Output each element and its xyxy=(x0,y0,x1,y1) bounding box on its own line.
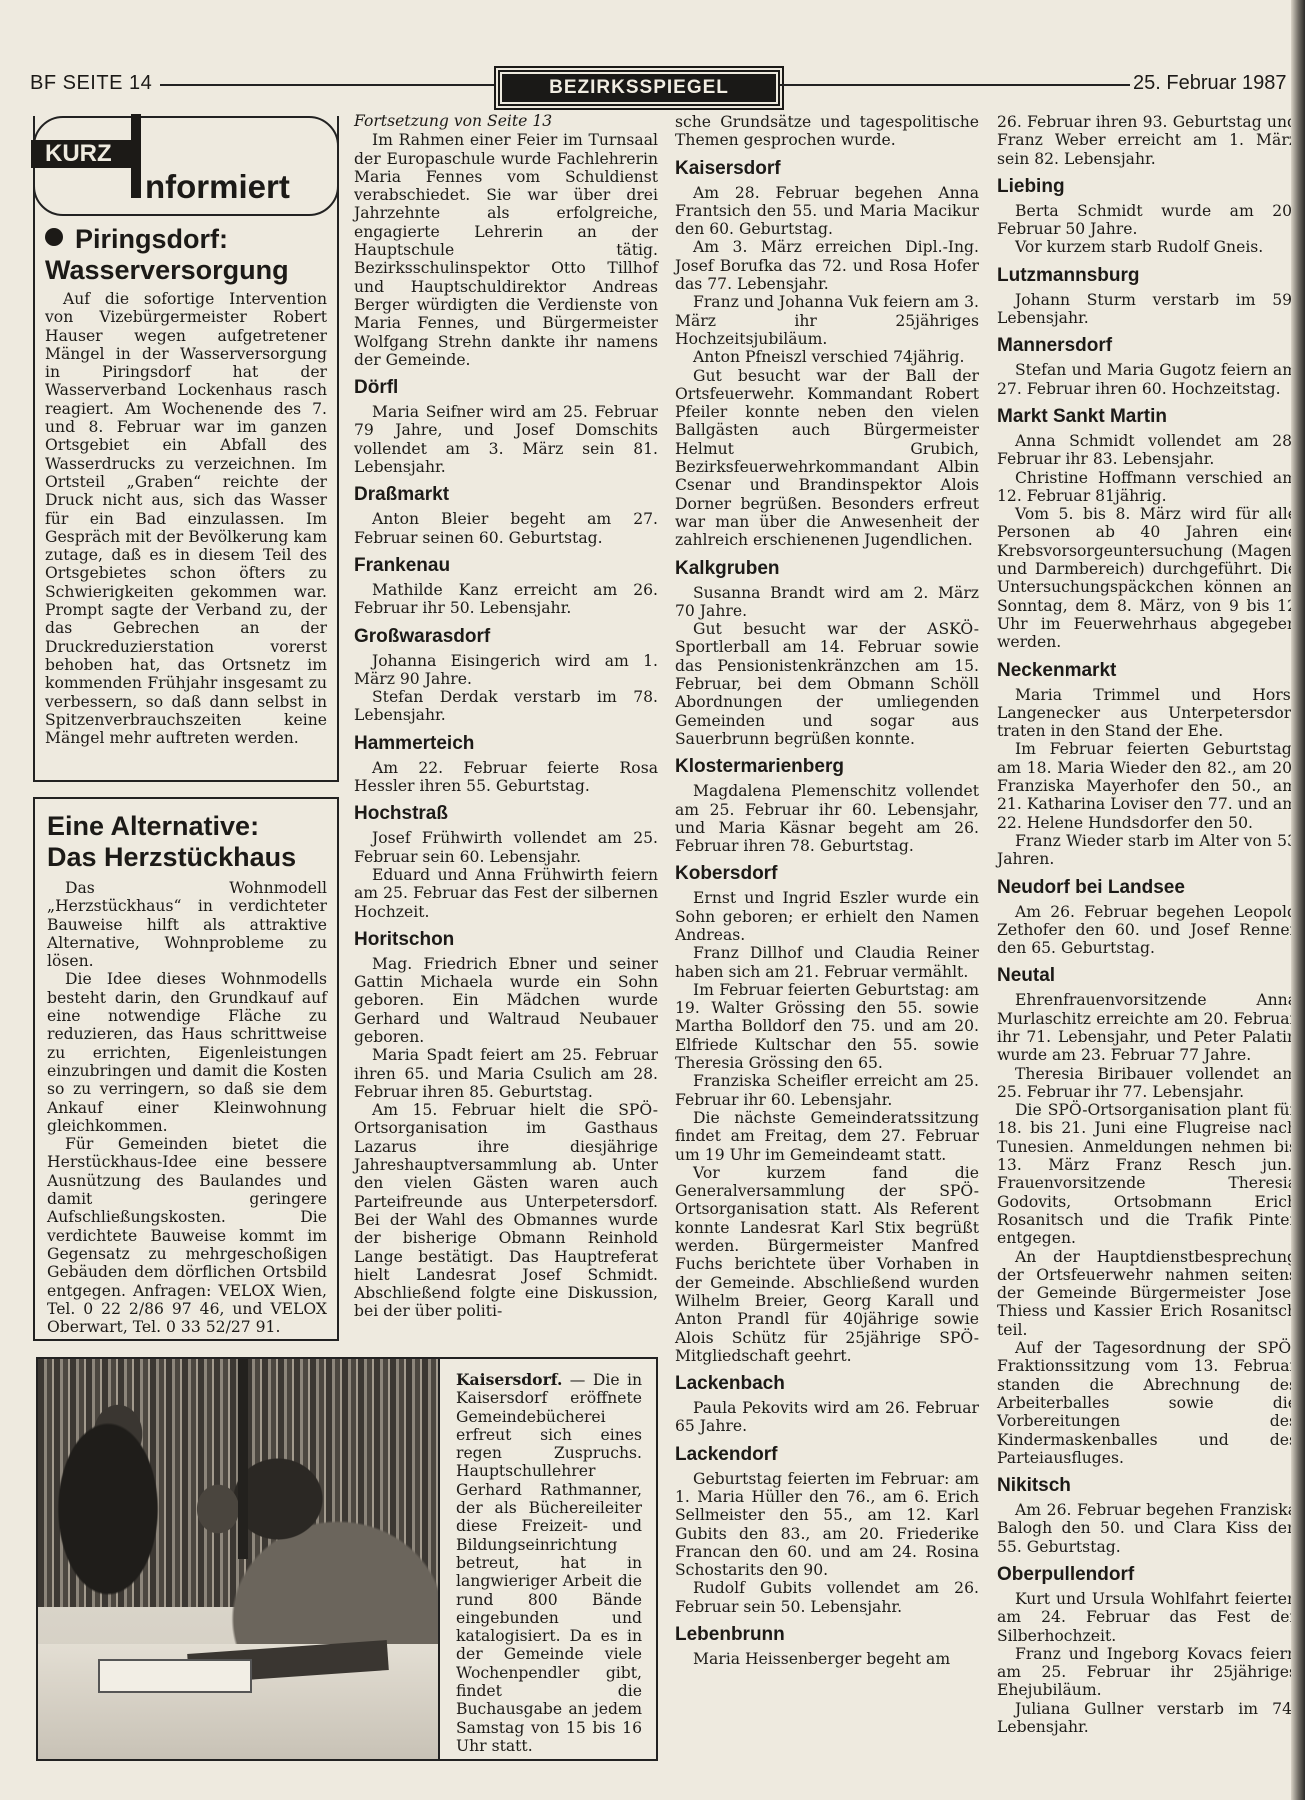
news-item: Maria Seifner wird am 25. Februar 79 Jah… xyxy=(354,403,658,476)
news-item: Rudolf Gubits vollendet am 26. Februar s… xyxy=(675,1579,979,1616)
herzstueckhaus-article: Eine Alternative: Das Herzstückhaus Das … xyxy=(47,811,327,1336)
news-item: Franz Wieder starb im Alter von 53 Jahre… xyxy=(997,832,1297,869)
article-headline: Piringsdorf: Wasserversorgung xyxy=(45,224,327,286)
header-rule-right xyxy=(780,84,1130,86)
continuation-note: Fortsetzung von Seite 13 xyxy=(354,112,658,130)
news-item: Am 15. Februar hielt die SPÖ-Ortsorganis… xyxy=(354,1101,658,1321)
column-3-sections: KaisersdorfAm 28. Februar begehen Anna F… xyxy=(675,158,979,1669)
column-2: Fortsetzung von Seite 13 Im Rahmen einer… xyxy=(354,112,658,1321)
locality-heading: Lebenbrunn xyxy=(675,1624,979,1646)
news-item: Franz und Johanna Vuk feiern am 3. März … xyxy=(675,293,979,348)
news-item: Vor kurzem fand die Generalversammlung d… xyxy=(675,1164,979,1365)
page-label: BF SEITE 14 xyxy=(30,72,152,95)
lead-paragraph: sche Grundsätze und tagespolitische Them… xyxy=(675,113,979,150)
news-item: Josef Frühwirth vollendet am 25. Februar… xyxy=(354,829,658,866)
column-3: sche Grundsätze und tagespolitische Them… xyxy=(675,113,979,1668)
news-item: Vom 5. bis 8. März wird für alle Persone… xyxy=(997,505,1297,651)
page-gutter-shadow xyxy=(1291,0,1305,1800)
news-item: Maria Trimmel und Horst Langenecker aus … xyxy=(997,686,1297,741)
news-item: Geburtstag feierten im Februar: am 1. Ma… xyxy=(675,1470,979,1580)
news-item: Die SPÖ-Ortsorganisation plant für 18. b… xyxy=(997,1101,1297,1247)
news-item: Mathilde Kanz erreicht am 26. Februar ih… xyxy=(354,581,658,618)
news-item: An der Hauptdienstbesprechung der Ortsfe… xyxy=(997,1248,1297,1339)
paragraph: Die Idee dieses Wohnmodells besteht dari… xyxy=(47,970,327,1135)
paragraph: Für Gemeinden bietet die Herstückhaus-Id… xyxy=(47,1135,327,1336)
locality-heading: Dörfl xyxy=(354,377,658,399)
locality-heading: Neudorf bei Landsee xyxy=(997,877,1297,899)
news-item: Maria Heissenberger begeht am xyxy=(675,1650,979,1668)
news-item: Eduard und Anna Frühwirth feiern am 25. … xyxy=(354,866,658,921)
locality-heading: Neckenmarkt xyxy=(997,660,1297,682)
locality-heading: Hammerteich xyxy=(354,733,658,755)
headline-line2: Wasserversorgung xyxy=(45,255,289,285)
locality-heading: Großwarasdorf xyxy=(354,626,658,648)
news-item: Die nächste Gemeinderatssitzung findet a… xyxy=(675,1109,979,1164)
news-item: Franz Dillhof und Claudia Reiner haben s… xyxy=(675,944,979,981)
column-4: 26. Februar ihren 93. Geburtstag und Fra… xyxy=(997,113,1297,1736)
locality-heading: Frankenau xyxy=(354,555,658,577)
article-headline: Eine Alternative: Das Herzstückhaus xyxy=(47,811,327,873)
news-item: Anton Pfneiszl verschied 74jährig. xyxy=(675,348,979,366)
section-masthead: BEZIRKSSPIEGEL xyxy=(498,70,780,106)
caption-lead: Kaisersdorf. xyxy=(456,1370,562,1389)
headline-line2: Das Herzstückhaus xyxy=(47,842,296,872)
locality-heading: Kalkgruben xyxy=(675,558,979,580)
news-item: Berta Schmidt wurde am 20. Februar 50 Ja… xyxy=(997,202,1297,239)
informiert-text: nformiert xyxy=(145,168,290,205)
news-item: Am 26. Februar begehen Franziska Balogh … xyxy=(997,1501,1297,1556)
column-4-sections: LiebingBerta Schmidt wurde am 20. Februa… xyxy=(997,176,1297,1736)
news-item: Franz und Ingeborg Kovacs feiern am 25. … xyxy=(997,1645,1297,1700)
intro-paragraph: Im Rahmen einer Feier im Turnsaal der Eu… xyxy=(354,131,658,369)
news-item: Magdalena Plemenschitz vollendet am 25. … xyxy=(675,782,979,855)
locality-heading: Nikitsch xyxy=(997,1475,1297,1497)
news-item: Christine Hoffmann verschied am 12. Febr… xyxy=(997,469,1297,506)
locality-heading: Markt Sankt Martin xyxy=(997,406,1297,428)
kurz-tab-label: KURZ xyxy=(45,140,112,168)
news-item: Im Februar feierten Geburtstag: am 18. M… xyxy=(997,740,1297,831)
kurz-informiert-logo: KURZ Informiert xyxy=(33,116,339,216)
informiert-label: Informiert xyxy=(145,162,290,205)
news-item: Anton Bleier begeht am 27. Februar seine… xyxy=(354,510,658,547)
news-item: Im Februar feierten Geburtstag: am 19. W… xyxy=(675,981,979,1072)
locality-heading: Lutzmannsburg xyxy=(997,265,1297,287)
kurz-informiert-box: KURZ Informiert Piringsdorf: Wasserverso… xyxy=(33,116,339,782)
locality-heading: Horitschon xyxy=(354,929,658,951)
news-item: Gut besucht war der ASKÖ-Sportlerball am… xyxy=(675,620,979,748)
news-item: Maria Spadt feiert am 25. Februar ihren … xyxy=(354,1046,658,1101)
locality-heading: Oberpullendorf xyxy=(997,1564,1297,1586)
news-item: Auf der Tagesordnung der SPÖ-Fraktionssi… xyxy=(997,1339,1297,1467)
news-item: Juliana Gullner verstarb im 74. Lebensja… xyxy=(997,1700,1297,1737)
news-item: Franziska Scheifler erreicht am 25. Febr… xyxy=(675,1072,979,1109)
news-item: Susanna Brandt wird am 2. März 70 Jahre. xyxy=(675,584,979,621)
headline-line1: Eine Alternative: xyxy=(47,811,259,841)
photo-caption: Kaisersdorf. — Die in Kaisersdorf eröffn… xyxy=(436,1357,658,1761)
photo-books xyxy=(98,1659,252,1693)
column-2-sections: DörflMaria Seifner wird am 25. Februar 7… xyxy=(354,377,658,1321)
news-item: Vor kurzem starb Rudolf Gneis. xyxy=(997,238,1297,256)
newspaper-page: BF SEITE 14 BEZIRKSSPIEGEL 25. Februar 1… xyxy=(0,0,1300,1800)
locality-heading: Neutal xyxy=(997,965,1297,987)
locality-heading: Draßmarkt xyxy=(354,484,658,506)
news-item: Johanna Eisingerich wird am 1. März 90 J… xyxy=(354,652,658,689)
news-item: Kurt und Ursula Wohlfahrt feierten am 24… xyxy=(997,1590,1297,1645)
issue-date: 25. Februar 1987 xyxy=(1133,72,1286,95)
kurz-tab: KURZ xyxy=(31,140,131,168)
header-rule-left xyxy=(160,84,496,86)
news-item: Am 26. Februar begehen Leopold Zethofer … xyxy=(997,903,1297,958)
news-item: Mag. Friedrich Ebner und seiner Gattin M… xyxy=(354,955,658,1046)
section-title: BEZIRKSSPIEGEL xyxy=(549,77,729,99)
locality-heading: Kaisersdorf xyxy=(675,158,979,180)
bullet-icon xyxy=(45,228,63,246)
news-item: Theresia Biribauer vollendet am 25. Febr… xyxy=(997,1065,1297,1102)
locality-heading: Lackenbach xyxy=(675,1373,979,1395)
locality-heading: Mannersdorf xyxy=(997,335,1297,357)
news-item: Johann Sturm verstarb im 59. Lebensjahr. xyxy=(997,291,1297,328)
locality-heading: Kobersdorf xyxy=(675,863,979,885)
news-item: Ernst und Ingrid Eszler wurde ein Sohn g… xyxy=(675,889,979,944)
kurz-article: Piringsdorf: Wasserversorgung Auf die so… xyxy=(45,224,327,747)
news-item: Stefan und Maria Gugotz feiern am 27. Fe… xyxy=(997,361,1297,398)
paragraph: Das Wohnmodell „Herzstückhaus“ in verdic… xyxy=(47,879,327,970)
news-item: Stefan Derdak verstarb im 78. Lebensjahr… xyxy=(354,688,658,725)
news-item: Anna Schmidt vollendet am 28. Februar ih… xyxy=(997,432,1297,469)
locality-heading: Liebing xyxy=(997,176,1297,198)
news-item: Am 3. März erreichen Dipl.-Ing. Josef Bo… xyxy=(675,238,979,293)
news-item: Ehrenfrauenvorsitzende Anna Murlaschitz … xyxy=(997,991,1297,1064)
news-item: Am 22. Februar feierte Rosa Hessler ihre… xyxy=(354,759,658,796)
news-item: Am 28. Februar begehen Anna Frantsich de… xyxy=(675,184,979,239)
lead-paragraph: 26. Februar ihren 93. Geburtstag und Fra… xyxy=(997,113,1297,168)
locality-heading: Hochstraß xyxy=(354,803,658,825)
news-item: Gut besucht war der Ball der Ortsfeuerwe… xyxy=(675,367,979,550)
photo-shelf xyxy=(238,1359,248,1559)
news-item: Paula Pekovits wird am 26. Februar 65 Ja… xyxy=(675,1399,979,1436)
herzstueckhaus-box: Eine Alternative: Das Herzstückhaus Das … xyxy=(33,797,339,1341)
article-body: Auf die sofortige Intervention von Vizeb… xyxy=(45,290,327,747)
locality-heading: Lackendorf xyxy=(675,1444,979,1466)
caption-text: — Die in Kaisersdorf eröffnete Gemeindeb… xyxy=(456,1371,642,1755)
headline-line1: Piringsdorf: xyxy=(75,224,228,254)
library-photo xyxy=(36,1357,440,1761)
locality-heading: Klostermarienberg xyxy=(675,756,979,778)
logo-bar xyxy=(131,114,141,198)
